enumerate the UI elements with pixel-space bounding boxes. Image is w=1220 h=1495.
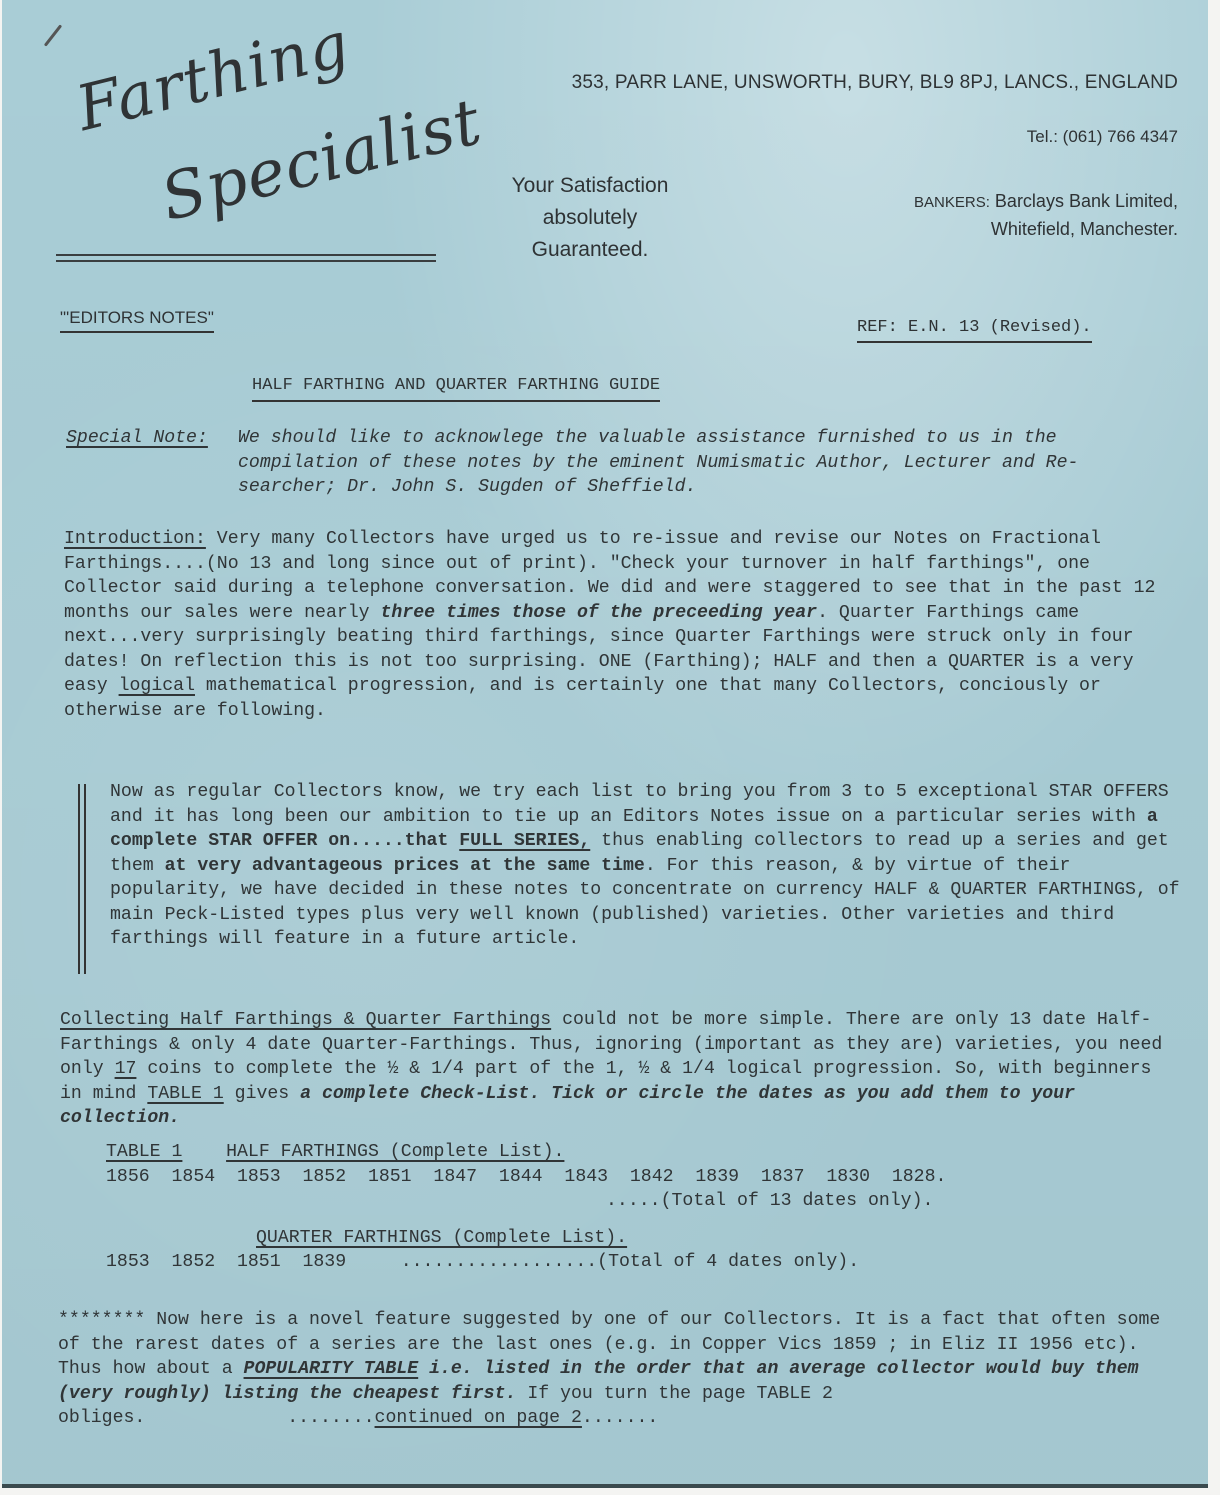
logo-rule [56, 254, 436, 262]
logo: Farthing Specialist [82, 62, 442, 262]
popularity-table-name: POPULARITY TABLE [244, 1359, 419, 1379]
staple [44, 24, 62, 46]
half-farthings-heading: HALF FARTHINGS (Complete List). [226, 1142, 564, 1162]
address: 353, PARR LANE, UNSWORTH, BURY, BL9 8PJ,… [572, 72, 1178, 94]
bankers-label: BANKERS: [914, 194, 990, 211]
popularity-section: ******** Now here is a novel feature sug… [58, 1308, 1188, 1431]
reference: REF: E.N. 13 (Revised). [857, 318, 1092, 337]
introduction-label: Introduction: [64, 529, 206, 549]
tagline-line: Your Satisfaction [500, 170, 680, 202]
bank-name: Barclays Bank Limited, [995, 191, 1178, 211]
collecting-section: Collecting Half Farthings & Quarter Fart… [60, 1008, 1180, 1131]
half-total: .....(Total of 13 dates only). [106, 1189, 1106, 1214]
tagline: Your Satisfaction absolutely Guaranteed. [500, 170, 680, 266]
introduction: Introduction: Very many Collectors have … [64, 527, 1174, 723]
tagline-line: absolutely [500, 202, 680, 234]
quarter-total: ..................(Total of 4 dates only… [401, 1252, 859, 1272]
margin-bar [78, 784, 86, 974]
special-note-label: Special Note: [66, 426, 238, 451]
special-note-text: We should like to acknowlege the valuabl… [238, 426, 1138, 500]
document-title: HALF FARTHING AND QUARTER FARTHING GUIDE [252, 374, 660, 399]
bankers: BANKERS: Barclays Bank Limited, Whitefie… [914, 188, 1178, 242]
continued-note: continued on page 2 [375, 1408, 582, 1428]
bank-location: Whitefield, Manchester. [914, 216, 1178, 242]
tagline-line: Guaranteed. [500, 234, 680, 266]
table-label: TABLE 1 [106, 1142, 182, 1162]
collecting-heading: Collecting Half Farthings & Quarter Fart… [60, 1010, 551, 1030]
quarter-farthing-dates: 1853 1852 1851 1839 ..................(T… [106, 1250, 1106, 1275]
section-label: "'EDITORS NOTES" [60, 308, 214, 328]
telephone: Tel.: (061) 766 4347 [1027, 127, 1178, 147]
half-farthing-dates: 1856 1854 1853 1852 1851 1847 1844 1843 … [106, 1165, 1106, 1190]
letter-page: Farthing Specialist 353, PARR LANE, UNSW… [2, 0, 1208, 1484]
star-offer-section: Now as regular Collectors know, we try e… [78, 780, 1188, 952]
table-1: TABLE 1 HALF FARTHINGS (Complete List). … [106, 1140, 1106, 1275]
special-note: Special Note:We should like to acknowleg… [66, 426, 1166, 500]
quarter-farthings-heading: QUARTER FARTHINGS (Complete List). [256, 1228, 627, 1248]
